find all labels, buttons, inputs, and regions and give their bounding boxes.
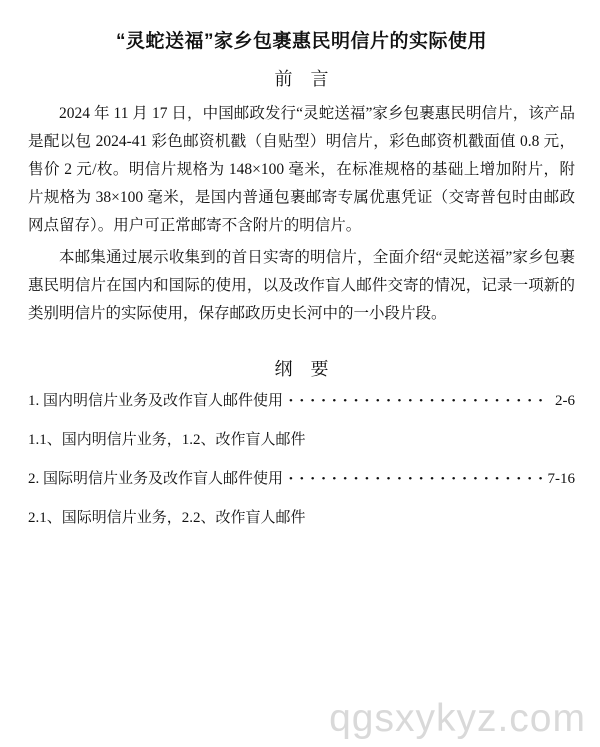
- page-title: “灵蛇送福”家乡包裹惠民明信片的实际使用: [28, 30, 575, 54]
- toc-entry-2-dot-leader: ••••••••••••••••••••••••: [283, 470, 547, 488]
- toc-entry-1-page-range: 2-6: [555, 392, 575, 410]
- toc-subentry-2: 2.1、国际明信片业务，2.2、改作盲人邮件: [28, 509, 575, 527]
- toc-entry-1: 1. 国内明信片业务及改作盲人邮件使用 ••••••••••••••••••••…: [28, 392, 575, 410]
- preface-paragraph-1: 2024 年 11 月 17 日，中国邮政发行“灵蛇送福”家乡包裹惠民明信片，该…: [28, 100, 575, 240]
- preface-paragraph-2: 本邮集通过展示收集到的首日实寄的明信片，全面介绍“灵蛇送福”家乡包裹惠民明信片在…: [28, 244, 575, 328]
- toc-entry-2-label: 2. 国际明信片业务及改作盲人邮件使用: [28, 470, 283, 488]
- toc-entry-1-dot-leader: ••••••••••••••••••••••••: [283, 392, 555, 410]
- watermark: qgsxykyz.com: [329, 697, 586, 741]
- toc-entry-1-label: 1. 国内明信片业务及改作盲人邮件使用: [28, 392, 283, 410]
- toc-entry-2: 2. 国际明信片业务及改作盲人邮件使用 ••••••••••••••••••••…: [28, 470, 575, 488]
- outline-heading: 纲 要: [28, 356, 575, 382]
- document-page: “灵蛇送福”家乡包裹惠民明信片的实际使用 前 言 2024 年 11 月 17 …: [0, 0, 600, 747]
- table-of-contents: 1. 国内明信片业务及改作盲人邮件使用 ••••••••••••••••••••…: [28, 392, 575, 527]
- toc-subentry-1: 1.1、国内明信片业务，1.2、改作盲人邮件: [28, 431, 575, 449]
- preface-heading: 前 言: [28, 66, 575, 92]
- toc-entry-2-page-range: 7-16: [548, 470, 576, 488]
